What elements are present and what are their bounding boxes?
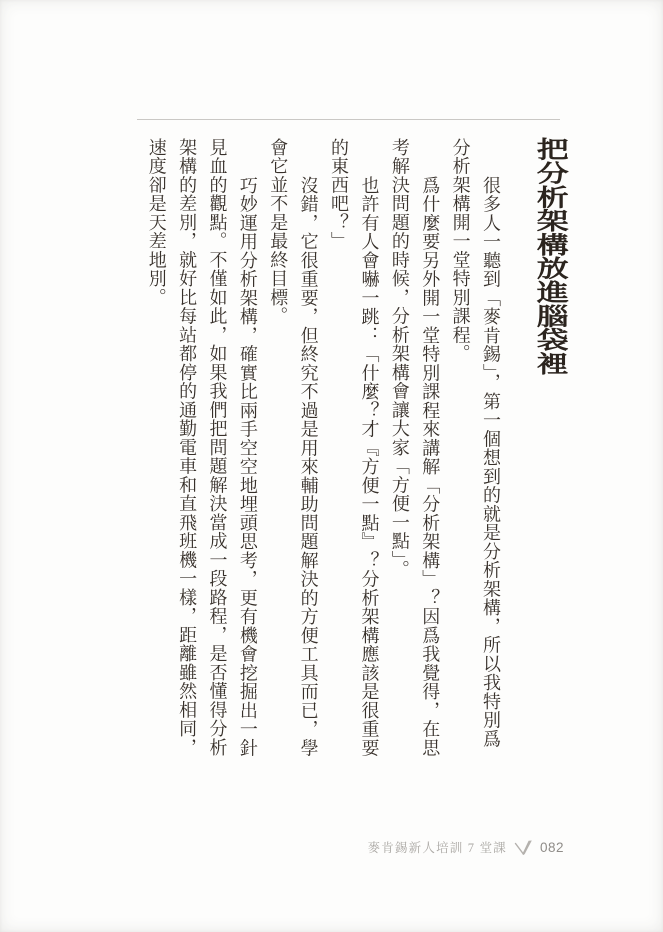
text-column: 很多人一聽到「麥肯錫」，第一個想到的就是分析架構，所以我特別爲 xyxy=(481,138,500,770)
book-page: 把分析架構放進腦袋裡 很多人一聽到「麥肯錫」，第一個想到的就是分析架構，所以我特… xyxy=(0,0,663,932)
text-column: 的東西吧？」 xyxy=(329,138,348,770)
text-column: 巧妙運用分析架構，確實比兩手空空地埋頭思考，更有機會挖掘出一針 xyxy=(238,138,257,770)
text-column: 也許有人會嚇一跳：「什麼？才『方便一點』？分析架構應該是很重要 xyxy=(359,138,378,770)
body-text: 很多人一聽到「麥肯錫」，第一個想到的就是分析架構，所以我特別爲 分析架構開一堂特… xyxy=(135,138,500,770)
chapter-title: 把分析架構放進腦袋裡 xyxy=(532,137,565,375)
book-title-label: 麥肯錫新人培訓 7 堂課 xyxy=(368,838,507,856)
text-column: 會它並不是最終目標。 xyxy=(268,138,287,770)
text-column: 速度卻是天差地別。 xyxy=(147,138,166,770)
page-number: 082 xyxy=(540,840,564,855)
text-column: 沒錯，它很重要，但終究不過是用來輔助問題解決的方便工具而已，學 xyxy=(299,138,318,770)
page-footer: 麥肯錫新人培訓 7 堂課 082 xyxy=(368,838,564,856)
header-rule xyxy=(137,119,560,120)
text-column: 見血的觀點。不僅如此，如果我們把問題解決當成一段路程，是否懂得分析 xyxy=(207,138,226,770)
text-column: 爲什麼要另外開一堂特別課程來講解「分析架構」？因爲我覺得，在思 xyxy=(420,138,439,770)
text-column: 分析架構開一堂特別課程。 xyxy=(451,138,470,770)
check-v-icon xyxy=(514,840,533,855)
text-column: 架構的差別，就好比每站都停的通勤電車和直飛班機一樣，距離雖然相同， xyxy=(177,138,196,770)
text-column: 考解決問題的時候，分析架構會讓大家「方便一點」。 xyxy=(390,138,409,770)
